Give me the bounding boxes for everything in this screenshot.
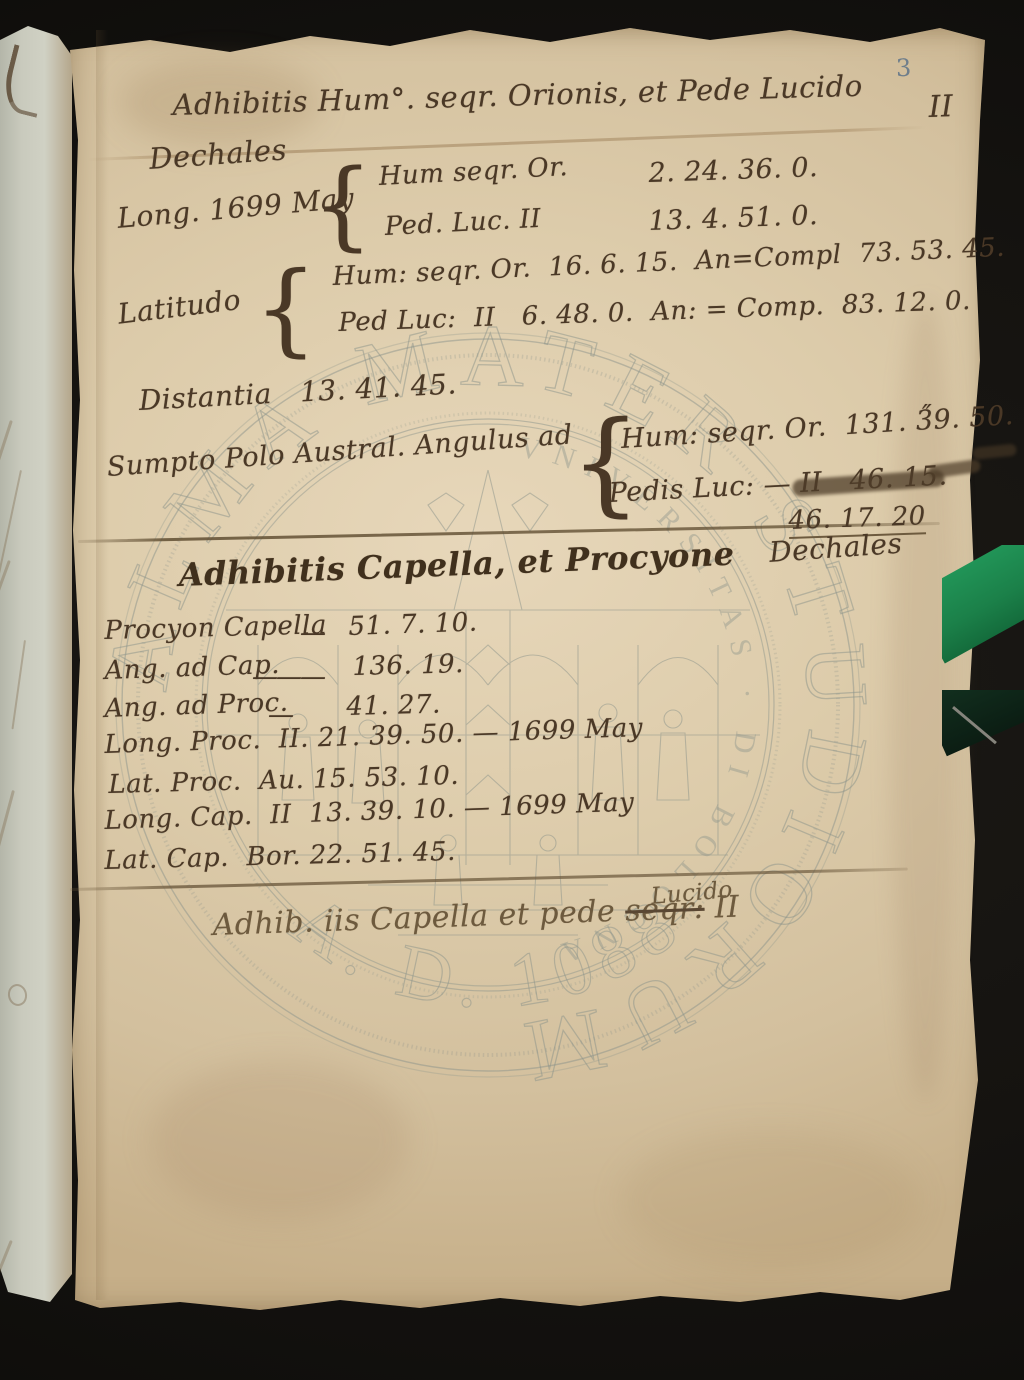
ms-row-value: 136. 19. (352, 649, 464, 682)
paper-stain (150, 1060, 410, 1220)
facing-page-edge (0, 26, 72, 1302)
ms-row-value: 41. 27. (346, 690, 441, 722)
manuscript-photo: ALMA MATER STUDIORUM A. D. 1088 VNIVERSI… (0, 0, 1024, 1380)
ms-row-dash: — (300, 618, 327, 648)
paper-stain (620, 1130, 920, 1270)
ms-longitude-brace: { (312, 166, 373, 245)
clamp-area (942, 690, 1024, 840)
ms-row-label: Procyon Capella (104, 610, 327, 646)
ink-smudge (972, 443, 1017, 460)
ms-row-label: Ang. ad Proc. (104, 688, 289, 724)
ms-title-gemini-sign: II (928, 89, 954, 125)
green-strap (942, 545, 1024, 663)
ms-latitude-brace: { (254, 268, 318, 350)
ms-longitude-row-value: 13. 4. 51. 0. (648, 200, 819, 237)
ms-row-value: 51. 7. 10. (348, 607, 478, 641)
clamp-shadow (942, 690, 1024, 756)
ms-seconds-mark: ″ (922, 400, 932, 430)
ms-longitude-row-value: 2. 24. 36. 0. (648, 152, 819, 189)
folio-number: 3 (896, 54, 912, 83)
